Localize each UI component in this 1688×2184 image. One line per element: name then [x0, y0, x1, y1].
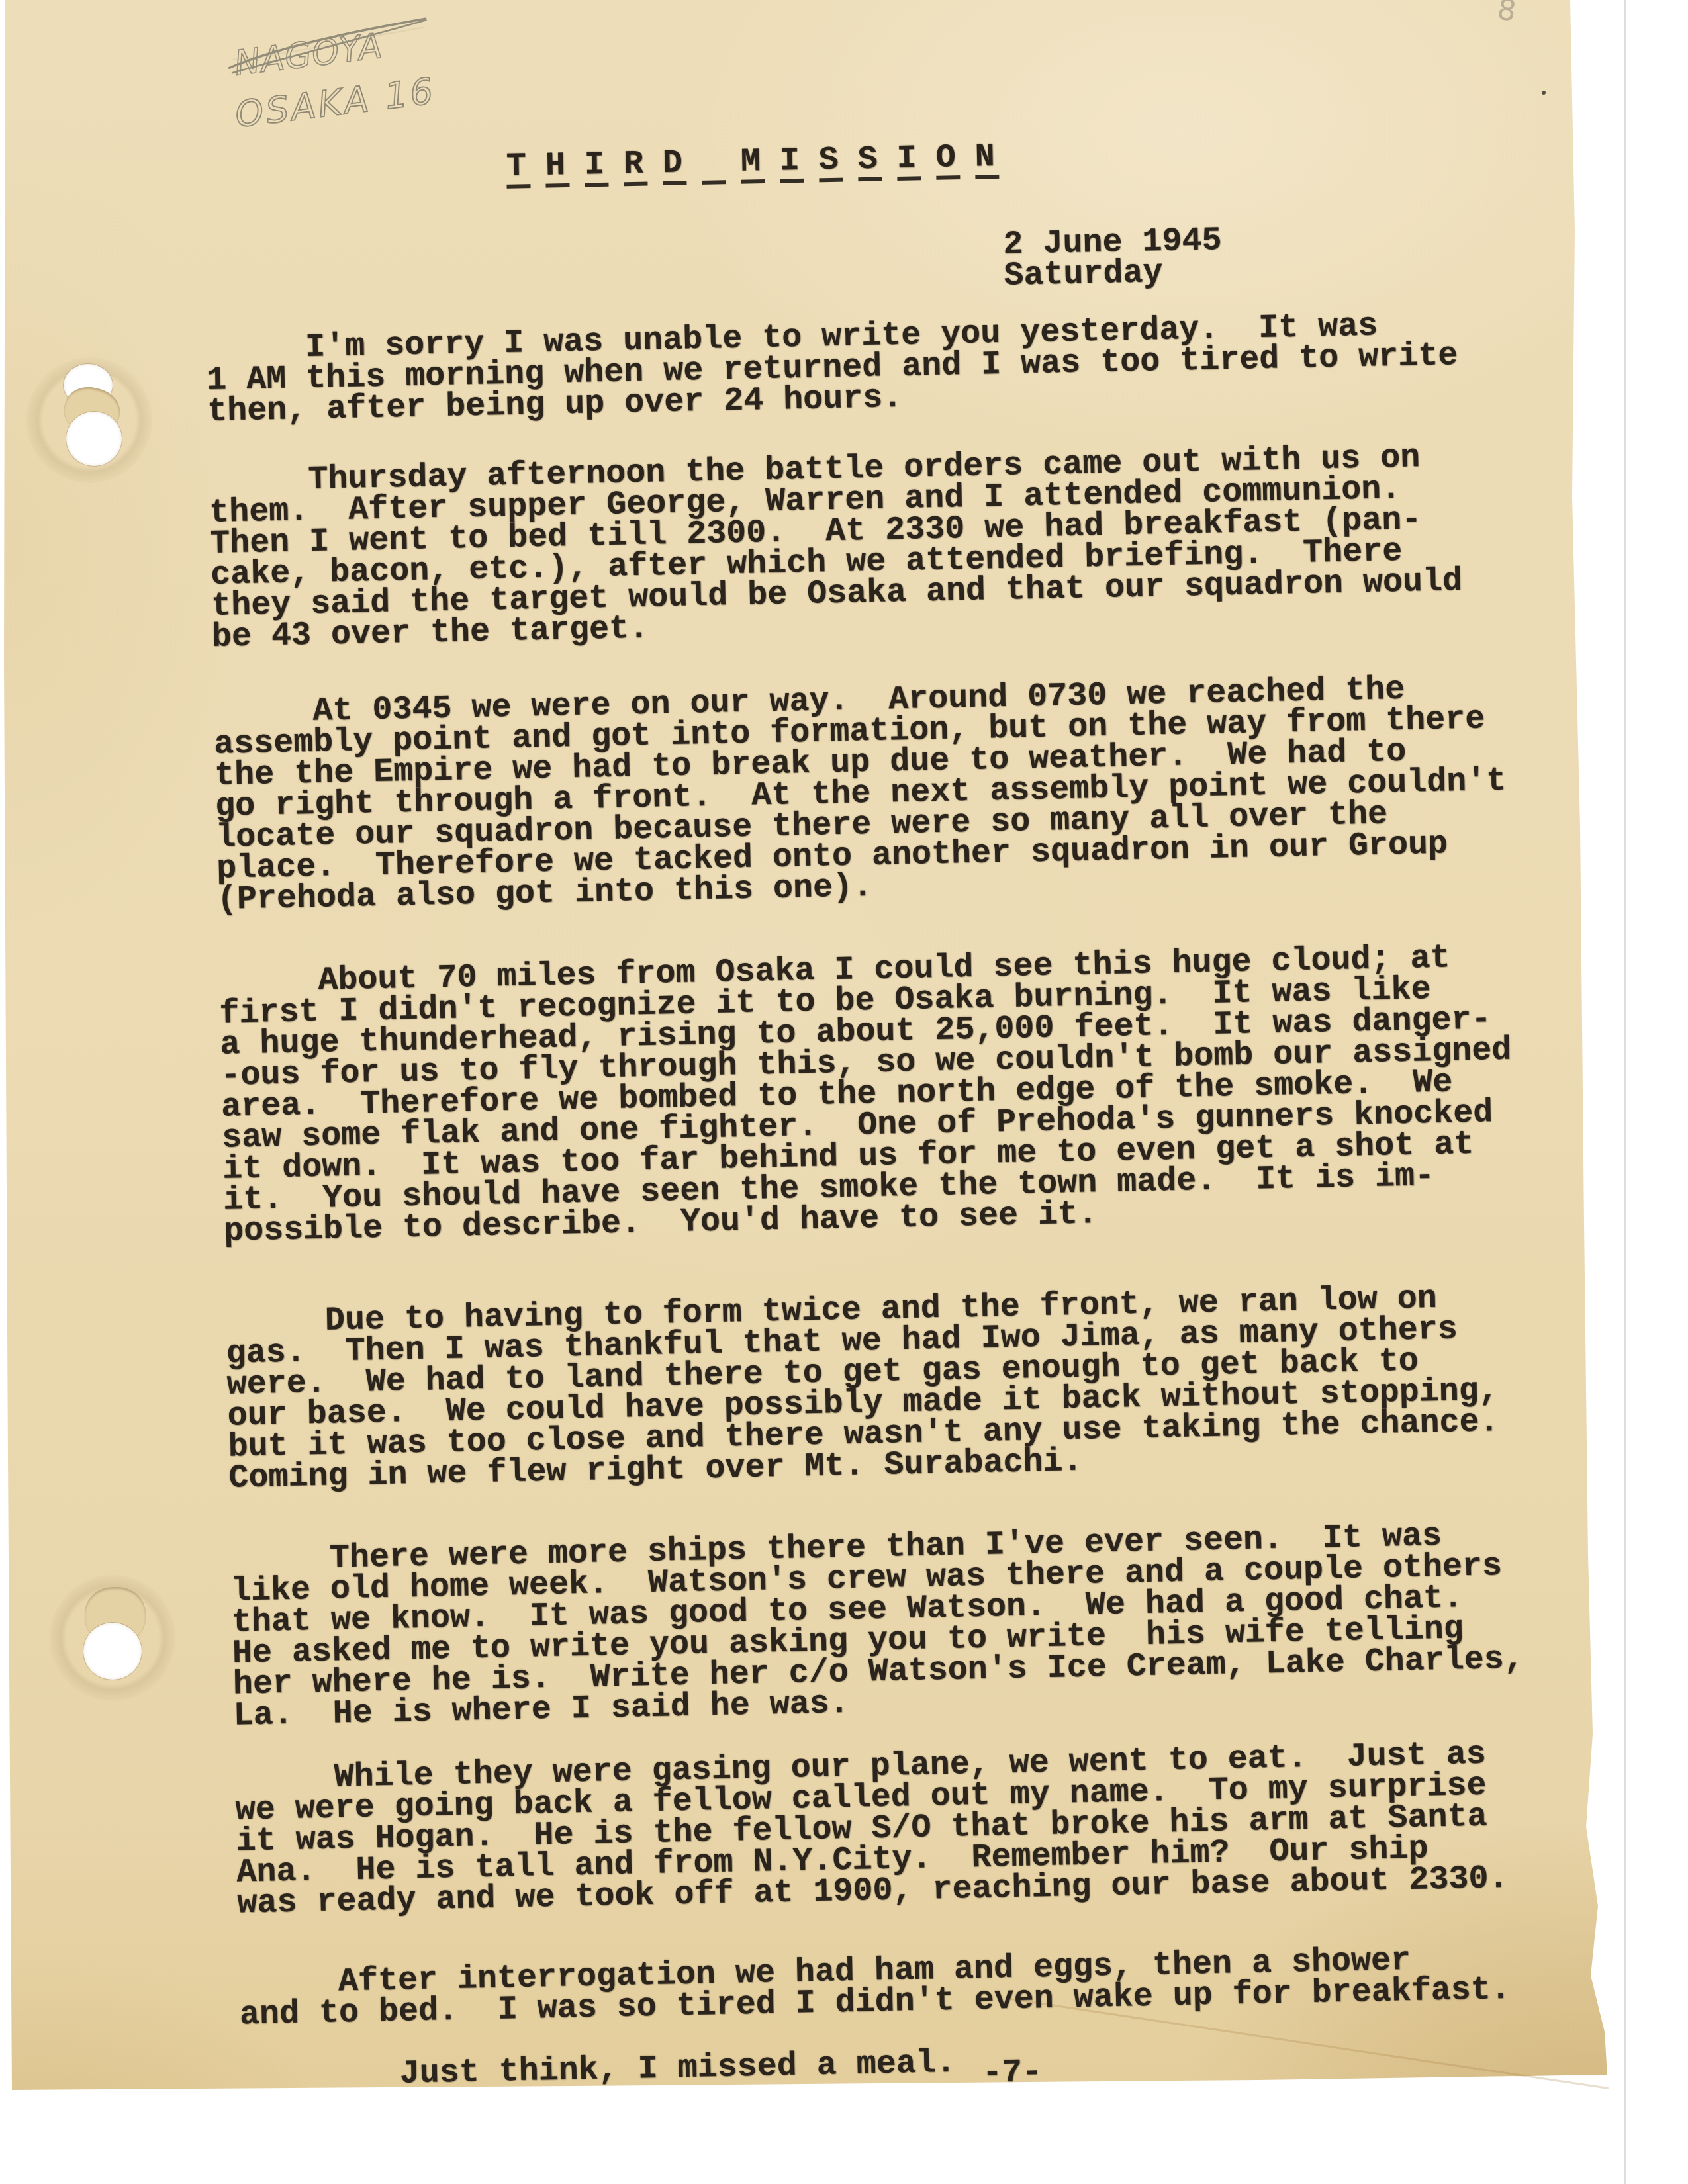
- paragraph-2: Thursday afternoon the battle orders cam…: [209, 441, 1464, 653]
- page-title: THIRD MISSION: [506, 141, 1014, 188]
- paragraph-6: There were more ships there than I've ev…: [230, 1519, 1525, 1731]
- scanned-letter-page: NAGOYA OSAKA 16 8 THIRD MISSION 2 June 1…: [0, 0, 1688, 2184]
- page-number: -7-: [982, 2054, 1043, 2093]
- dateline: 2 June 1945 Saturday: [1003, 225, 1223, 292]
- paragraph-4: About 70 miles from Osaka I could see th…: [218, 942, 1515, 1248]
- paragraph-7: While they were gasing our plane, we wen…: [234, 1739, 1509, 1919]
- day-text: Saturday: [1004, 256, 1223, 292]
- paragraph-8: After interrogation we had ham and eggs,…: [238, 1943, 1513, 2124]
- typed-text-layer: THIRD MISSION 2 June 1945 Saturday I'm s…: [0, 0, 1688, 2184]
- paragraph-5: Due to having to form twice and the fron…: [225, 1282, 1500, 1494]
- paragraph-1: I'm sorry I was unable to write you yest…: [206, 309, 1459, 428]
- paragraph-3: At 0345 we were on our way. Around 0730 …: [213, 672, 1509, 916]
- typed-line-text: Just think, I missed a meal.: [399, 2044, 976, 2093]
